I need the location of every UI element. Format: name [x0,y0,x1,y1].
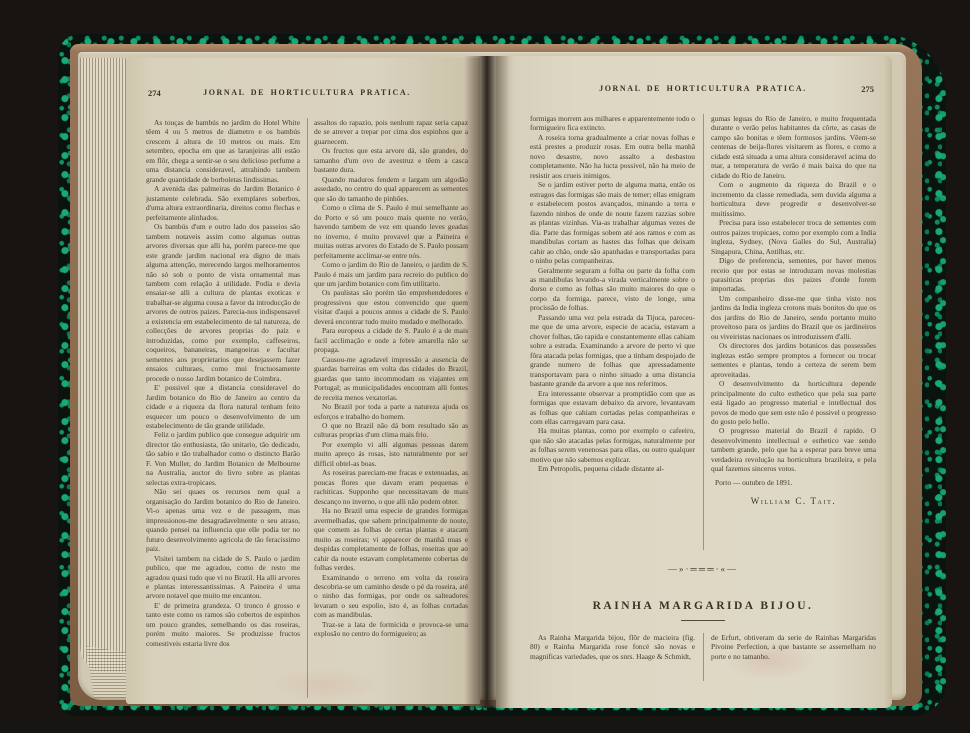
article-title: RAINHA MARGARIDA BIJOU. [530,600,876,612]
paragraph: No Brazil por toda a parte a natureza aj… [314,402,468,421]
paragraph: Como o jardim do Rio de Janeiro, o jardi… [314,260,468,288]
paragraph: Causou-me agradavel impressão a ausencia… [314,355,468,402]
author-signature: William C. Tait. [711,496,876,508]
page-number-right: 275 [861,84,874,94]
column-4-paragraphs: gumas leguas do Rio de Janeiro, e muito … [711,114,876,474]
paragraph: As touças de bambús no jardim do Hotel W… [146,118,300,184]
article-column-1: As Rainha Margarida bijou, flôr de macie… [530,633,695,681]
paragraph: E' de primeira grandeza. O tronco é gros… [146,601,300,648]
article-columns: As Rainha Margarida bijou, flôr de macie… [530,633,876,681]
paragraph: assaltos do rapazio, pois nenhum rapaz s… [314,118,468,146]
page-left-columns: As touças de bambús no jardim do Hotel W… [146,118,468,698]
paragraph: Examinando o terreno em volta da roseira… [314,573,468,620]
article-title-rule [681,620,725,621]
paragraph: Era interessante observar a promptidão c… [530,389,695,427]
paragraph: As Rainha Margarida bijou, flôr de macie… [530,633,695,661]
paragraph: Por exemplo vi alli algumas pessoas dare… [314,440,468,468]
page-left-header: 274 JORNAL DE HORTICULTURA PRATICA. [146,88,468,102]
paragraph: Como o clima de S. Paulo é mui semelhant… [314,203,468,260]
paragraph: Os bambús d'um e outro lado dos passeios… [146,222,300,383]
article-column-2: de Erfurt, obtiveram da serie de Rainhas… [711,633,876,681]
page-edges-left-texture [80,58,128,672]
text-column-4: gumas leguas do Rio de Janeiro, e muito … [711,114,876,550]
paragraph: A roseira torna gradualmente a criar nov… [530,133,695,180]
paragraph: A avenida das palmeiras do Jardim Botani… [146,184,300,222]
page-right-columns: formigas morrem aos milhares e apparente… [530,114,876,550]
paragraph: Visitei tambem na cidade de S. Paulo o j… [146,554,300,601]
section-divider-ornament: —»·═══·«— [530,564,876,574]
journal-header-title-right: JORNAL DE HORTICULTURA PRATICA. [530,84,876,93]
paragraph: Quando maduros fendem e largam um algodã… [314,175,468,203]
text-column-2: assaltos do rapazio, pois nenhum rapaz s… [314,118,468,698]
paragraph: de Erfurt, obtiveram da serie de Rainhas… [711,633,876,661]
paragraph: Não sei quaes os recursos nem qual a org… [146,487,300,553]
paragraph: Passando uma vez pela estrada da Tijuca,… [530,313,695,389]
page-left-content: 274 JORNAL DE HORTICULTURA PRATICA. As t… [146,88,468,698]
paragraph: Ha muitas plantas, como por exemplo o ca… [530,426,695,464]
paragraph: Ha no Brazil uma especie de grandes form… [314,506,468,572]
paragraph: Digo de preferencia, sementes, por haver… [711,256,876,294]
paragraph: Se o jardim estiver perto de alguma matt… [530,180,695,265]
text-column-3: formigas morrem aos milhares e apparente… [530,114,695,550]
paragraph: Precisa para isso estabelecer troca de s… [711,218,876,256]
paragraph: Traz-se a lata de formicida e provoca-se… [314,620,468,639]
paragraph: Os paulistas são porém tão emprehendedor… [314,288,468,326]
date-line: Porto — outubro de 1891. [711,478,876,487]
paragraph: gumas leguas do Rio de Janeiro, e muito … [711,114,876,180]
paragraph: Geralmente seguram a folha ou parte da f… [530,266,695,313]
paragraph: Os directores dos jardins botanicos das … [711,341,876,379]
column-rule [703,114,704,550]
text-column-1: As touças de bambús no jardim do Hotel W… [146,118,300,698]
paragraph: Os fructos que esta arvore dá, são grand… [314,146,468,174]
journal-header-title-left: JORNAL DE HORTICULTURA PRATICA. [146,88,468,97]
paragraph: O que no Brazil não dá bom resultado são… [314,421,468,440]
paragraph: E' possivel que a distancia consideravel… [146,383,300,430]
paragraph: Feliz o jardim publico que consegue adqu… [146,430,300,487]
paragraph: Em Petropolis, pequena cidade distante a… [530,464,695,473]
column-rule [703,633,704,681]
page-right-header: JORNAL DE HORTICULTURA PRATICA. 275 [530,84,876,98]
paragraph: formigas morrem aos milhares e apparente… [530,114,695,133]
paragraph: O progresso material do Brazil é rapido.… [711,426,876,473]
page-number-left: 274 [148,88,161,98]
paragraph: Um companheiro disse-me que tinha visto … [711,294,876,341]
column-rule [307,118,308,698]
book-gutter-shadow [464,56,510,708]
paragraph: Para europeus a cidade de S. Paulo é a d… [314,326,468,354]
paragraph: Com o augmento da riqueza do Brazil e o … [711,180,876,218]
paragraph: As roseiras pareciam-me fracas e extenua… [314,468,468,506]
paragraph: O desenvolvimento da horticultura depend… [711,379,876,426]
page-right-content: JORNAL DE HORTICULTURA PRATICA. 275 form… [530,84,876,681]
